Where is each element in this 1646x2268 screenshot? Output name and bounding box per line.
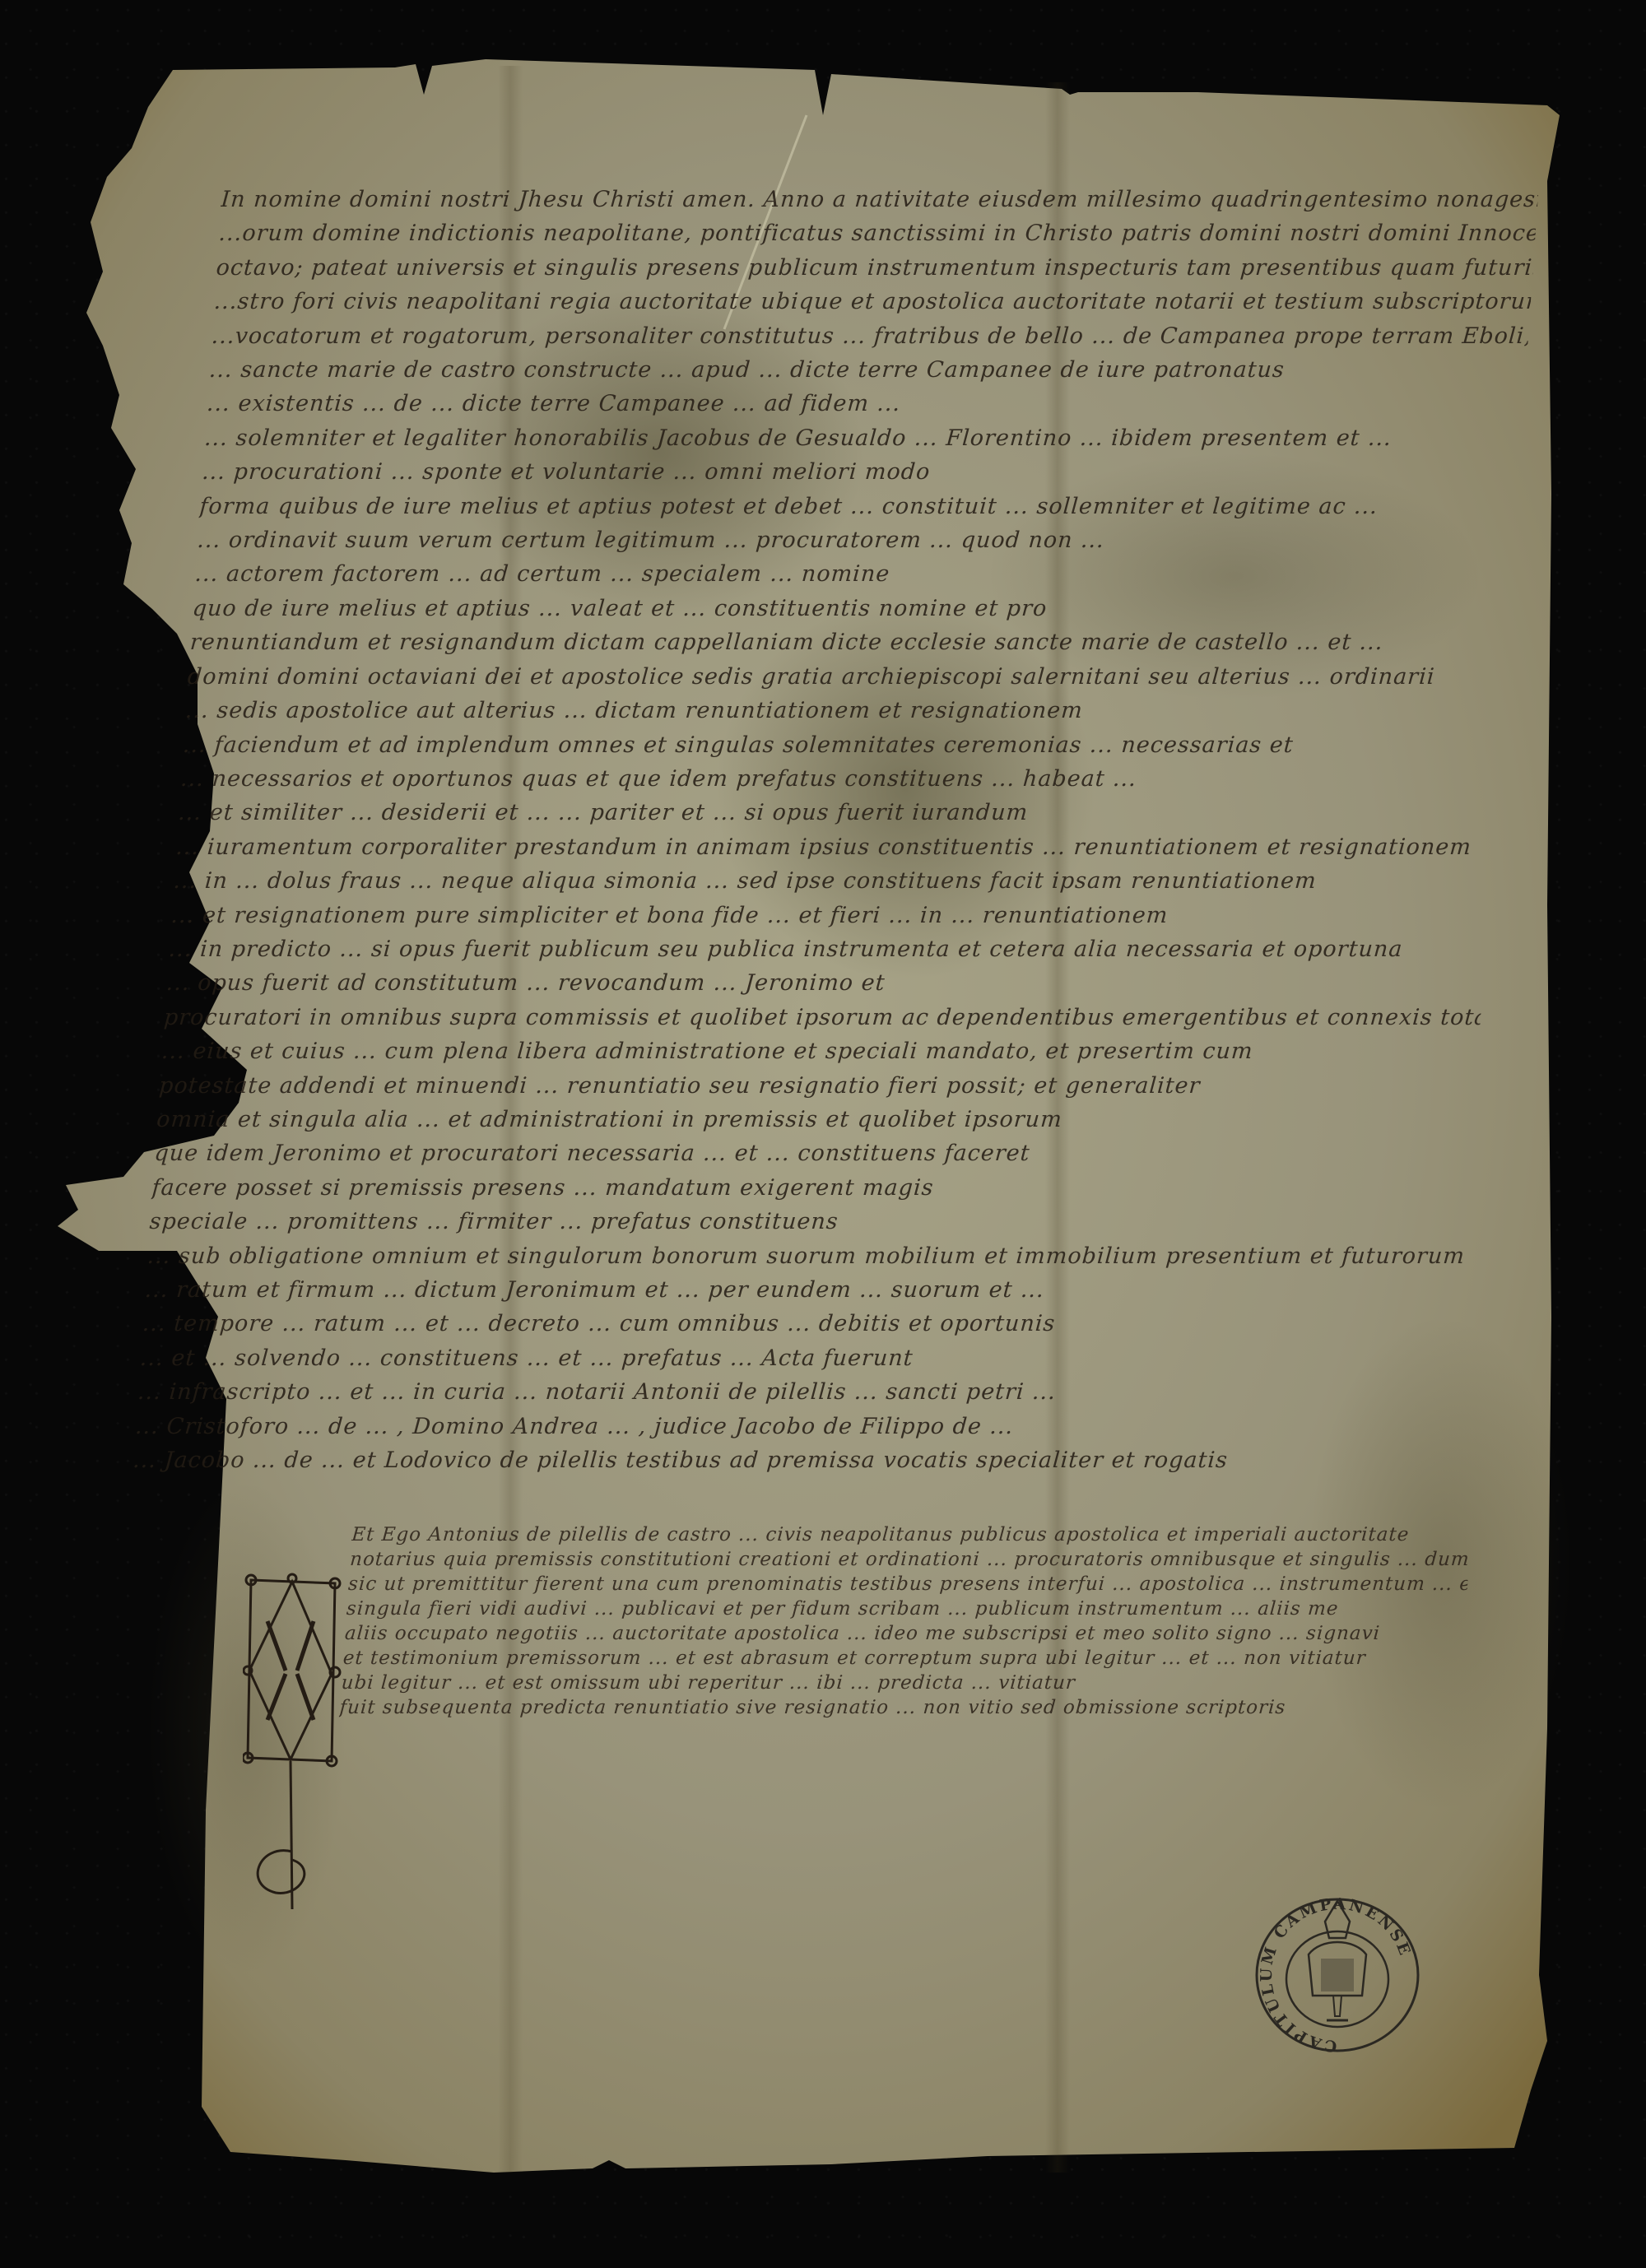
- text-line: ... sub obligatione omnium et singulorum…: [146, 1239, 1465, 1273]
- notarial-signum-icon: [243, 1572, 374, 1921]
- text-line: procuratori in omnibus supra commissis e…: [163, 1001, 1482, 1034]
- text-line: ...vocatorum et rogatorum, personaliter …: [211, 319, 1530, 353]
- text-line: ... in predicto ... si opus fuerit publi…: [167, 932, 1486, 966]
- subscription-line: et testimonium premissorum ... et est ab…: [342, 1646, 1463, 1671]
- text-line: ... existentis ... de ... dicte terre Ca…: [206, 387, 1525, 421]
- subscription-line: aliis occupato negotiis ... auctoritate …: [344, 1621, 1465, 1646]
- subscription-line: ubi legitur ... et est omissum ubi reper…: [341, 1671, 1462, 1695]
- text-line: ... procurationi ... sponte et voluntari…: [201, 455, 1520, 489]
- text-line: ... et similiter ... desiderii et ... ..…: [177, 796, 1496, 830]
- text-line: ...stro fori civis neapolitani regia auc…: [212, 285, 1532, 318]
- text-line: In nomine domini nostri Jhesu Christi am…: [220, 183, 1539, 216]
- subscription-line: fuit subsequenta predicta renuntiatio si…: [339, 1695, 1460, 1720]
- text-line: ... Cristoforo ... de ... , Domino Andre…: [134, 1410, 1453, 1443]
- text-line: ... ordinavit suum verum certum legitimu…: [196, 523, 1515, 557]
- text-line: ... eius et cuius ... cum plena libera a…: [160, 1034, 1480, 1068]
- text-line: ... infrascripto ... et ... in curia ...…: [137, 1375, 1456, 1409]
- text-line: ... sedis apostolice aut alterius ... di…: [184, 694, 1504, 727]
- text-line: domini domini octaviani dei et apostolic…: [187, 660, 1506, 694]
- text-line: ... tempore ... ratum ... et ... decreto…: [142, 1307, 1461, 1341]
- text-line: omnia et singula alia ... et administrat…: [156, 1103, 1475, 1136]
- text-line: octavo; pateat universis et singulis pre…: [215, 251, 1534, 285]
- text-line: facere posset si premissis presens ... m…: [151, 1171, 1470, 1205]
- text-line: renuntiandum et resignandum dictam cappe…: [188, 625, 1508, 659]
- text-line: ... in ... dolus fraus ... neque aliqua …: [172, 864, 1491, 898]
- text-line: ... actorem factorem ... ad certum ... s…: [193, 557, 1513, 591]
- text-line: ... opus fuerit ad constitutum ... revoc…: [165, 966, 1485, 1000]
- text-line: ... faciendum et ad implendum omnes et s…: [182, 728, 1501, 762]
- text-line: que idem Jeronimo et procuratori necessa…: [153, 1136, 1472, 1170]
- text-line: ... Jacobo ... de ... et Lodovico de pil…: [132, 1443, 1451, 1477]
- subscription-line: Et Ego Antonius de pilellis de castro ..…: [351, 1522, 1472, 1547]
- text-line: ... iuramentum corporaliter prestandum i…: [174, 830, 1494, 864]
- text-line: ... et ... solvendo ... constituens ... …: [139, 1341, 1458, 1375]
- text-line: speciale ... promittens ... firmiter ...…: [148, 1205, 1467, 1239]
- text-line: ... solemniter et legaliter honorabilis …: [203, 421, 1523, 455]
- text-line: ...orum domine indictionis neapolitane, …: [217, 216, 1537, 250]
- notarial-subscription: Et Ego Antonius de pilellis de castro ..…: [339, 1522, 1472, 1720]
- subscription-line: notarius quia premissis constitutioni cr…: [349, 1547, 1470, 1572]
- text-line: forma quibus de iure melius et aptius po…: [198, 490, 1518, 523]
- text-line: ... sancte marie de castro constructe ..…: [208, 353, 1527, 387]
- text-line: ... necessarios et oportunos quas et que…: [179, 762, 1499, 796]
- text-line: ... et resignationem pure simpliciter et…: [170, 899, 1489, 932]
- text-line: quo de iure melius et aptius ... valeat …: [191, 592, 1510, 625]
- text-line: ... ratum et firmum ... dictum Jeronimum…: [143, 1273, 1462, 1307]
- main-text: In nomine domini nostri Jhesu Christi am…: [132, 183, 1539, 1477]
- subscription-line: singula fieri vidi audivi ... publicavi …: [346, 1596, 1467, 1621]
- subscription-line: sic ut premittitur fierent una cum preno…: [347, 1572, 1468, 1596]
- text-line: potestate addendi et minuendi ... renunt…: [158, 1069, 1477, 1103]
- capitulum-stamp: CAPITULUM CAMPANENSE CAPITULUM CAMPANENS…: [1251, 1893, 1424, 2057]
